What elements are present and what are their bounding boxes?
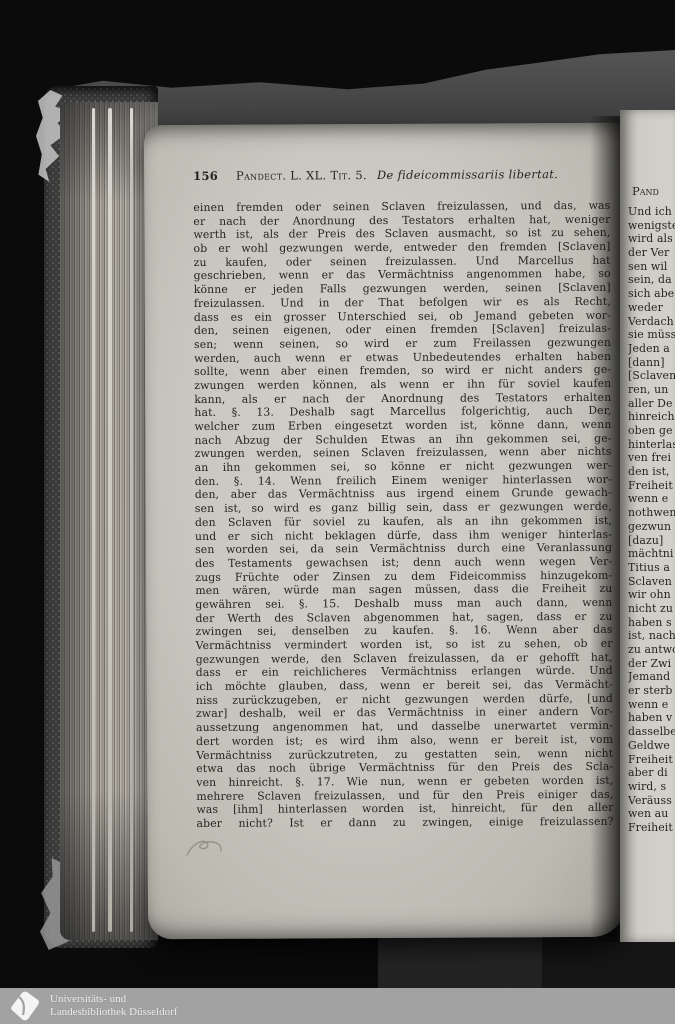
running-title: Pandect. L. XL. Tit. 5. bbox=[236, 168, 367, 183]
text-line-fragment: aller De bbox=[628, 397, 675, 411]
scanned-book-photo: 156 Pandect. L. XL. Tit. 5. De fideicomm… bbox=[0, 0, 675, 1024]
main-page: 156 Pandect. L. XL. Tit. 5. De fideicomm… bbox=[144, 123, 626, 939]
running-title-latin: De fideicommissariis libertat. bbox=[377, 167, 558, 182]
text-line-fragment: den ist, bbox=[628, 465, 675, 479]
text-line-fragment: Freiheit bbox=[628, 753, 675, 767]
text-line-fragment: sie müss bbox=[628, 328, 675, 342]
text-line-fragment: der Ver bbox=[628, 246, 675, 260]
text-line-fragment: aber di bbox=[628, 766, 675, 780]
library-banner: Universitäts- und Landesbibliothek Düsse… bbox=[0, 988, 675, 1024]
text-line-fragment: Freiheit bbox=[628, 821, 675, 835]
text-line-fragment: zu antwo bbox=[628, 643, 675, 657]
text-line-fragment: hinreich bbox=[628, 410, 675, 424]
text-line-fragment: hinterlas bbox=[628, 438, 675, 452]
text-line-fragment: weder bbox=[628, 301, 675, 315]
text-line-fragment: Jeden a bbox=[628, 342, 675, 356]
text-line-fragment: ven frei bbox=[628, 451, 675, 465]
text-line: dert worden ist; es wird ihm also, wenn … bbox=[196, 733, 613, 749]
body-text: einen fremden oder seinen Sclaven freizu… bbox=[193, 199, 613, 831]
text-line-fragment: Sclaven bbox=[628, 575, 675, 589]
text-line-fragment: gezwun bbox=[628, 520, 675, 534]
library-name-line2: Landesbibliothek Düsseldorf bbox=[50, 1006, 177, 1020]
library-name: Universitäts- und Landesbibliothek Düsse… bbox=[50, 993, 177, 1020]
text-line-fragment: Geldwe bbox=[628, 739, 675, 753]
text-line-fragment: [Sclaven bbox=[628, 369, 675, 383]
text-line-fragment: sen wil bbox=[628, 260, 675, 274]
text-line-fragment: Veräuss bbox=[628, 794, 675, 808]
library-name-line1: Universitäts- und bbox=[50, 993, 177, 1007]
text-line-fragment: oben ge bbox=[628, 424, 675, 438]
text-line-fragment: haben s bbox=[628, 616, 675, 630]
text-line-fragment: wen au bbox=[628, 807, 675, 821]
text-line-fragment: Jemand bbox=[628, 670, 675, 684]
ulb-logo-icon bbox=[6, 990, 42, 1022]
text-line-fragment: der Zwi bbox=[628, 657, 675, 671]
text-line: freizulassen. Und in der That befolgen w… bbox=[194, 295, 611, 311]
text-line: den Sclaven für soviel zu kaufen, als an… bbox=[195, 514, 612, 530]
page-edge-line bbox=[130, 108, 133, 932]
right-page-text: Und ichwenigstewird alsder Versen wilsei… bbox=[628, 205, 675, 835]
text-line-fragment: wenn e bbox=[628, 492, 675, 506]
text-line-fragment: sein, da bbox=[628, 273, 675, 287]
text-line-fragment: ist, nach bbox=[628, 629, 675, 643]
text-line-fragment: wenn e bbox=[628, 698, 675, 712]
page-header: 156 Pandect. L. XL. Tit. 5. De fideicomm… bbox=[193, 167, 610, 183]
text-line: aber nicht? Ist er dann zu zwingen, eini… bbox=[196, 815, 613, 831]
text-line-fragment: nothwen bbox=[628, 506, 675, 520]
page-edge-line bbox=[92, 108, 95, 932]
text-line-fragment: Und ich bbox=[628, 205, 675, 219]
text-line-fragment: nicht zu bbox=[628, 602, 675, 616]
text-line-fragment: Freiheit bbox=[628, 479, 675, 493]
text-line-fragment: wird als bbox=[628, 232, 675, 246]
right-page-sliver: Pand Und ichwenigstewird alsder Versen w… bbox=[620, 110, 675, 942]
text-line-fragment: dasselbe bbox=[628, 725, 675, 739]
text-line-fragment: wir ohn bbox=[628, 588, 675, 602]
text-line-fragment: [dazu] bbox=[628, 534, 675, 548]
text-line-fragment: [dann] bbox=[628, 356, 675, 370]
text-line-fragment: Titius a bbox=[628, 561, 675, 575]
text-line-fragment: sich abe bbox=[628, 287, 675, 301]
text-line-fragment: haben v bbox=[628, 711, 675, 725]
handwritten-squiggle bbox=[183, 833, 225, 863]
page-number: 156 bbox=[193, 169, 218, 183]
text-line-fragment: Verdach bbox=[628, 315, 675, 329]
text-line-fragment: wenigste bbox=[628, 219, 675, 233]
text-line-fragment: ren, un bbox=[628, 383, 675, 397]
text-line-fragment: mächtni bbox=[628, 547, 675, 561]
page-edge-line bbox=[108, 108, 112, 932]
text-line-fragment: wird, s bbox=[628, 780, 675, 794]
right-page-header-fragment: Pand bbox=[632, 184, 659, 198]
text-line-fragment: er sterb bbox=[628, 684, 675, 698]
